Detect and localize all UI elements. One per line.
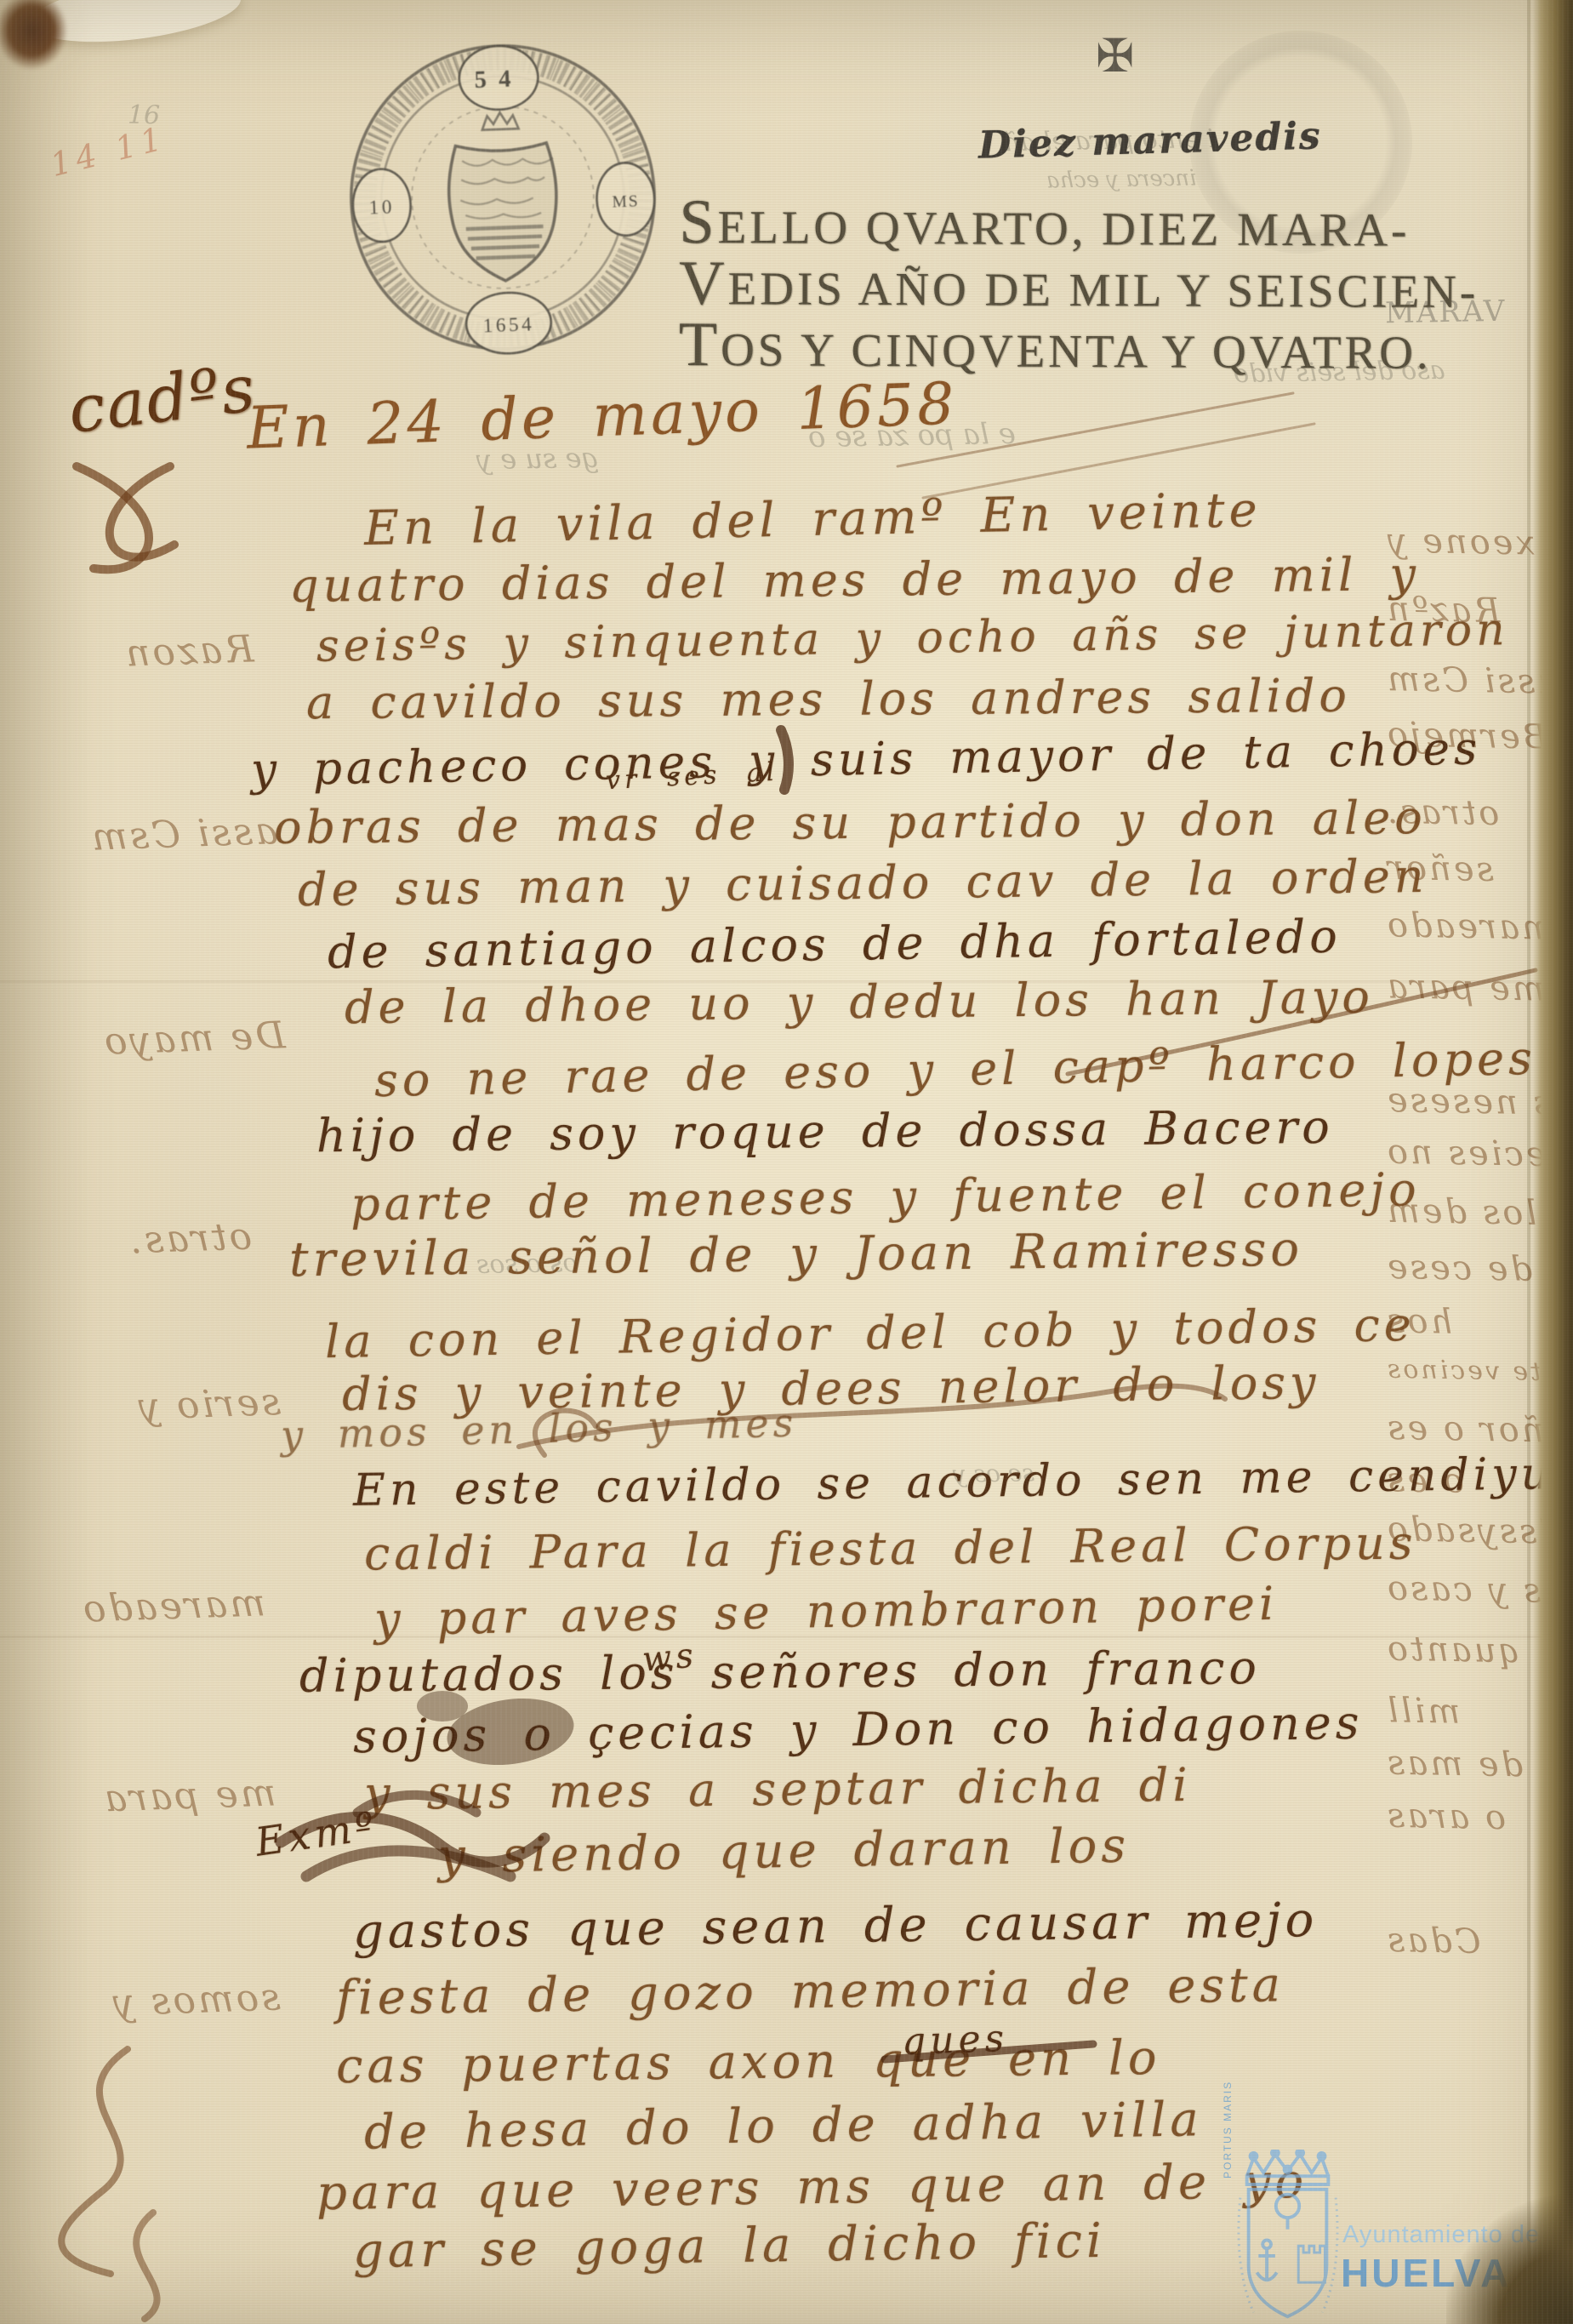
manuscript-line: hijo de soy roque de dossa Bacero bbox=[316, 1100, 1334, 1162]
bleedthrough-note-right: quanto bbox=[1385, 1630, 1521, 1671]
watermark-motto: PORTUS MARIS bbox=[1222, 2081, 1234, 2178]
huelva-coat-of-arms-icon bbox=[1232, 2150, 1344, 2324]
seal-top-value: 54 bbox=[474, 66, 523, 94]
manuscript-line: gar se goga la dicho fici bbox=[353, 2213, 1107, 2279]
bleedthrough-note-left: me para bbox=[101, 1771, 276, 1820]
bleedthrough-fragment: incera y echa bbox=[1046, 165, 1197, 193]
manuscript-line: y sus mes a septar dicha di bbox=[364, 1758, 1192, 1820]
manuscript-line: a cavildo sus mes los andres salido bbox=[306, 669, 1351, 730]
bleedthrough-fragment: 16 bbox=[128, 100, 161, 131]
bleedthrough-note-left: somos y bbox=[110, 1976, 281, 2025]
bleedthrough-note-right: Cdas bbox=[1385, 1921, 1481, 1961]
manuscript-line: trevila señol de y Joan Ramiresso bbox=[289, 1222, 1304, 1288]
bleedthrough-note-left: serio y bbox=[135, 1380, 282, 1429]
bleedthrough-note-right: de mas bbox=[1385, 1744, 1524, 1785]
manuscript-line: y siendo que daran los bbox=[438, 1819, 1131, 1885]
seal-year: 1654 bbox=[482, 313, 534, 337]
manuscript-line: caldi Para la fiesta del Real Corpus bbox=[364, 1516, 1417, 1581]
page-edge-line bbox=[1527, 0, 1530, 2324]
bleedthrough-note-left: mareado bbox=[80, 1581, 266, 1631]
manuscript-line: cas puertas axon que en lo bbox=[336, 2030, 1161, 2094]
book-binding-edge bbox=[1533, 0, 1573, 2324]
manuscript-line: gastos que sean de causar mejo bbox=[353, 1893, 1319, 1960]
manuscript-line: ws bbox=[641, 1636, 699, 1679]
heading-line-2: VEDIS AÑO DE MIL Y SEISCIEN- bbox=[679, 255, 1479, 320]
printed-cross-icon: ✠ bbox=[1096, 29, 1134, 83]
seal-shield bbox=[446, 111, 559, 283]
heading-line-3: TOS Y CINQVENTA Y QVATRO. bbox=[679, 317, 1479, 381]
seal-right-value: MS bbox=[612, 192, 640, 211]
ink-stain-corner bbox=[0, 0, 82, 85]
bleedthrough-note-right: o aras bbox=[1385, 1796, 1507, 1837]
bleedthrough-note-left: assi Csm bbox=[88, 809, 278, 859]
bleedthrough-note-right: me para bbox=[1385, 967, 1546, 1008]
seal-left-value: 10 bbox=[368, 197, 395, 220]
manuscript-line: obras de mas de su partido y don aleo bbox=[274, 791, 1427, 854]
manuscript-line: de la dhoe uo y dedu los han Jayo bbox=[345, 970, 1374, 1035]
page-corner-shadow bbox=[1446, 2178, 1573, 2324]
bleedthrough-note-left: De mayo bbox=[101, 1014, 286, 1063]
bleedthrough-note-left: Razon bbox=[123, 627, 254, 675]
bleedthrough-note-right: mill bbox=[1385, 1691, 1461, 1732]
fiscal-seal-stamp: 54 10 MS 1654 bbox=[338, 26, 667, 370]
manuscript-line: ques bbox=[901, 2017, 1009, 2064]
heading-line-1: SELLO QVARTO, DIEZ MARA- bbox=[679, 194, 1479, 259]
bleedthrough-note-left: otras. bbox=[127, 1214, 253, 1262]
manuscript-line: diputados los señores don franco bbox=[299, 1641, 1261, 1703]
manuscript-scan: 54 10 MS 1654 ✠ Diez maravedis SELLO QVA… bbox=[0, 0, 1573, 2324]
printed-stamp-heading: SELLO QVARTO, DIEZ MARA- VEDIS AÑO DE MI… bbox=[679, 194, 1479, 381]
